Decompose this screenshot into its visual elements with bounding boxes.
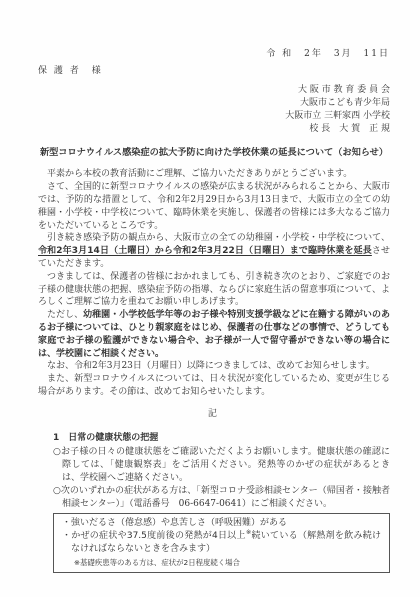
document-page: 令 和 2年 3月 11日 保 護 者 様 大 阪 市 教 育 委 員 会 大阪… [0, 0, 420, 597]
paragraph-background: さて、全国的に新型コロナウイルスの感染が広まる状況がみられることから、大阪市では… [38, 181, 390, 232]
letter-title: 新型コロナウイルス感染症の拡大予防に向けた学校休業の延長について（お知らせ） [38, 147, 390, 160]
symptom-item-fatigue: ・強いだるさ（倦怠感）や息苦しさ（呼吸困難）がある [62, 517, 381, 530]
paragraph-closure-extension: 引き続き感染予防の観点から、大阪市立の全ての幼稚園・小学校・中学校について、令和… [38, 232, 390, 270]
paragraph-request: つきましては、保護者の皆様におかれましても、引き続き次のとおり、ご家庭でのお子様… [38, 271, 390, 309]
section-heading: 1 日常の健康状態の把握 [53, 432, 390, 445]
sender-line-board-of-education: 大 阪 市 教 育 委 員 会 [38, 84, 390, 97]
closure-extension-pre: 引き続き感染予防の観点から、大阪市立の全ての幼稚園・小学校・中学校について、 [47, 233, 390, 243]
paragraph-exception: ただし、幼稚園・小学校低学年等のお子様や特別支援学級などに在籍する障がいのあるお… [38, 309, 390, 360]
paragraph-possible-changes: また、新型コロナウイルスについては、日々状況が変化しているため、変更が生じる場合… [38, 373, 390, 399]
bullet-consultation-center: ○次のいずれかの症状がある方は、「新型コロナ受診相談センター（帰国者・接触者相談… [53, 485, 390, 511]
sender-line-principal: 校 長 大 賀 正 規 [38, 123, 390, 136]
symptom-item-fever: ・かぜの症状や37.5度前後の発熱が4日以上※続いている（解熱剤を飲み続けなけれ… [62, 530, 381, 556]
closure-period-emphasis: 令和2年3月14日（土曜日）から令和2年3月22日（日曜日）まで臨時休業を延長 [38, 246, 372, 256]
footnote-underlying-conditions: ※基礎疾患等のある方は、症状が2日程度続く場合 [62, 557, 381, 568]
recipient-line: 保 護 者 様 [38, 65, 390, 78]
exception-pre: ただし、 [47, 310, 83, 320]
section-daily-health: 1 日常の健康状態の把握 ○お子様の日々の健康状態をご確認いただくようお願いしま… [38, 432, 390, 573]
letter-date: 令 和 2年 3月 11日 [38, 48, 390, 61]
sender-line-youth-bureau: 大阪市こども青少年局 [38, 97, 390, 110]
sender-line-school: 大阪市立 三軒家西 小学校 [38, 110, 390, 123]
paragraph-next-notice: なお、令和2年3月23日（月曜日）以降につきましては、改めてお知らせします。 [38, 360, 390, 373]
letter-body: 平素から本校の教育活動にご理解、ご協力いただきありがとうございます。 さて、全国… [38, 168, 390, 398]
exception-emphasis: 幼稚園・小学校低学年等のお子様や特別支援学級などに在籍する障がいのあるお子様につ… [38, 310, 390, 358]
paragraph-greeting: 平素から本校の教育活動にご理解、ご協力いただきありがとうございます。 [38, 168, 390, 181]
fever-item-pre: ・かぜの症状や37.5度前後の発熱が4日以上 [62, 531, 246, 541]
symptom-criteria-box: ・強いだるさ（倦怠感）や息苦しさ（呼吸困難）がある ・かぜの症状や37.5度前後… [53, 513, 390, 572]
sender-block: 大 阪 市 教 育 委 員 会 大阪市こども青少年局 大阪市立 三軒家西 小学校… [38, 84, 390, 136]
ki-marker: 記 [38, 408, 390, 421]
bullet-daily-health-check: ○お子様の日々の健康状態をご確認いただくようお願いします。健康状態の確認に際して… [53, 446, 390, 484]
